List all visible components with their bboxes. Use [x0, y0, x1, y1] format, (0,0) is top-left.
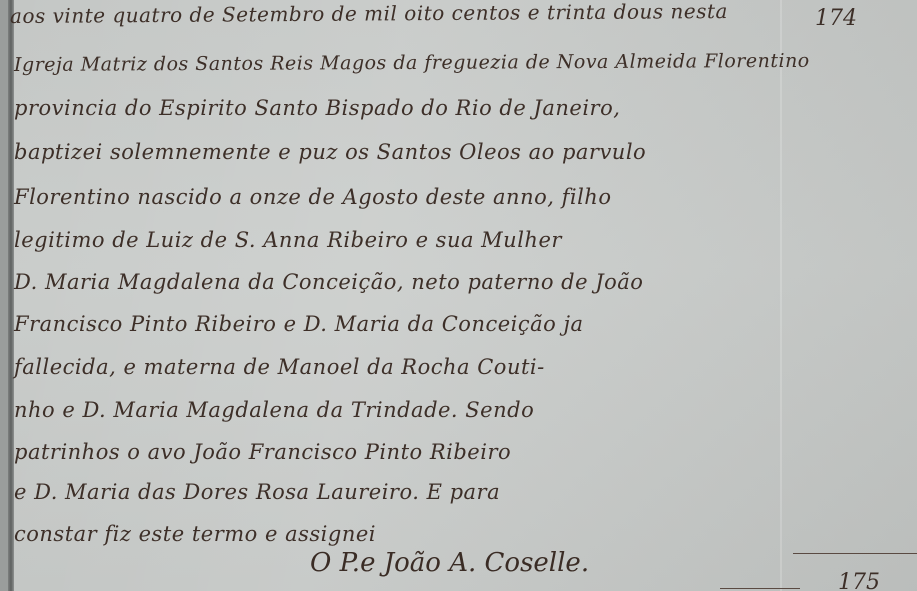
text-line-11: patrinhos o avo João Francisco Pinto Rib…	[14, 440, 511, 464]
text-line-9: fallecida, e materna de Manoel da Rocha …	[14, 355, 545, 379]
text-line-12: e D. Maria das Dores Rosa Laureiro. E pa…	[14, 480, 500, 504]
closing-rule	[793, 553, 917, 554]
text-line-1: aos vinte quatro de Setembro de mil oito…	[10, 0, 728, 28]
folio-number-bottom: 175	[838, 570, 880, 591]
next-entry-rule	[720, 588, 800, 589]
text-line-7: D. Maria Magdalena da Conceição, neto pa…	[14, 270, 643, 294]
text-line-6: legitimo de Luiz de S. Anna Ribeiro e su…	[14, 228, 562, 252]
manuscript-page: 174 aos vinte quatro de Setembro de mil …	[0, 0, 917, 591]
paper-fold	[780, 0, 782, 591]
binding-shadow	[0, 0, 8, 591]
text-line-3: provincia do Espirito Santo Bispado do R…	[14, 96, 620, 120]
priest-signature: O P.e João A. Coselle.	[310, 548, 589, 578]
text-line-8: Francisco Pinto Ribeiro e D. Maria da Co…	[14, 312, 584, 336]
text-line-13: constar fiz este termo e assignei	[14, 522, 376, 546]
text-line-10: nho e D. Maria Magdalena da Trindade. Se…	[14, 398, 534, 422]
text-line-2: Igreja Matriz dos Santos Reis Magos da f…	[14, 50, 810, 76]
folio-number-top: 174	[815, 6, 857, 31]
text-line-4: baptizei solemnemente e puz os Santos Ol…	[14, 140, 646, 164]
text-line-5: Florentino nascido a onze de Agosto dest…	[14, 185, 611, 209]
